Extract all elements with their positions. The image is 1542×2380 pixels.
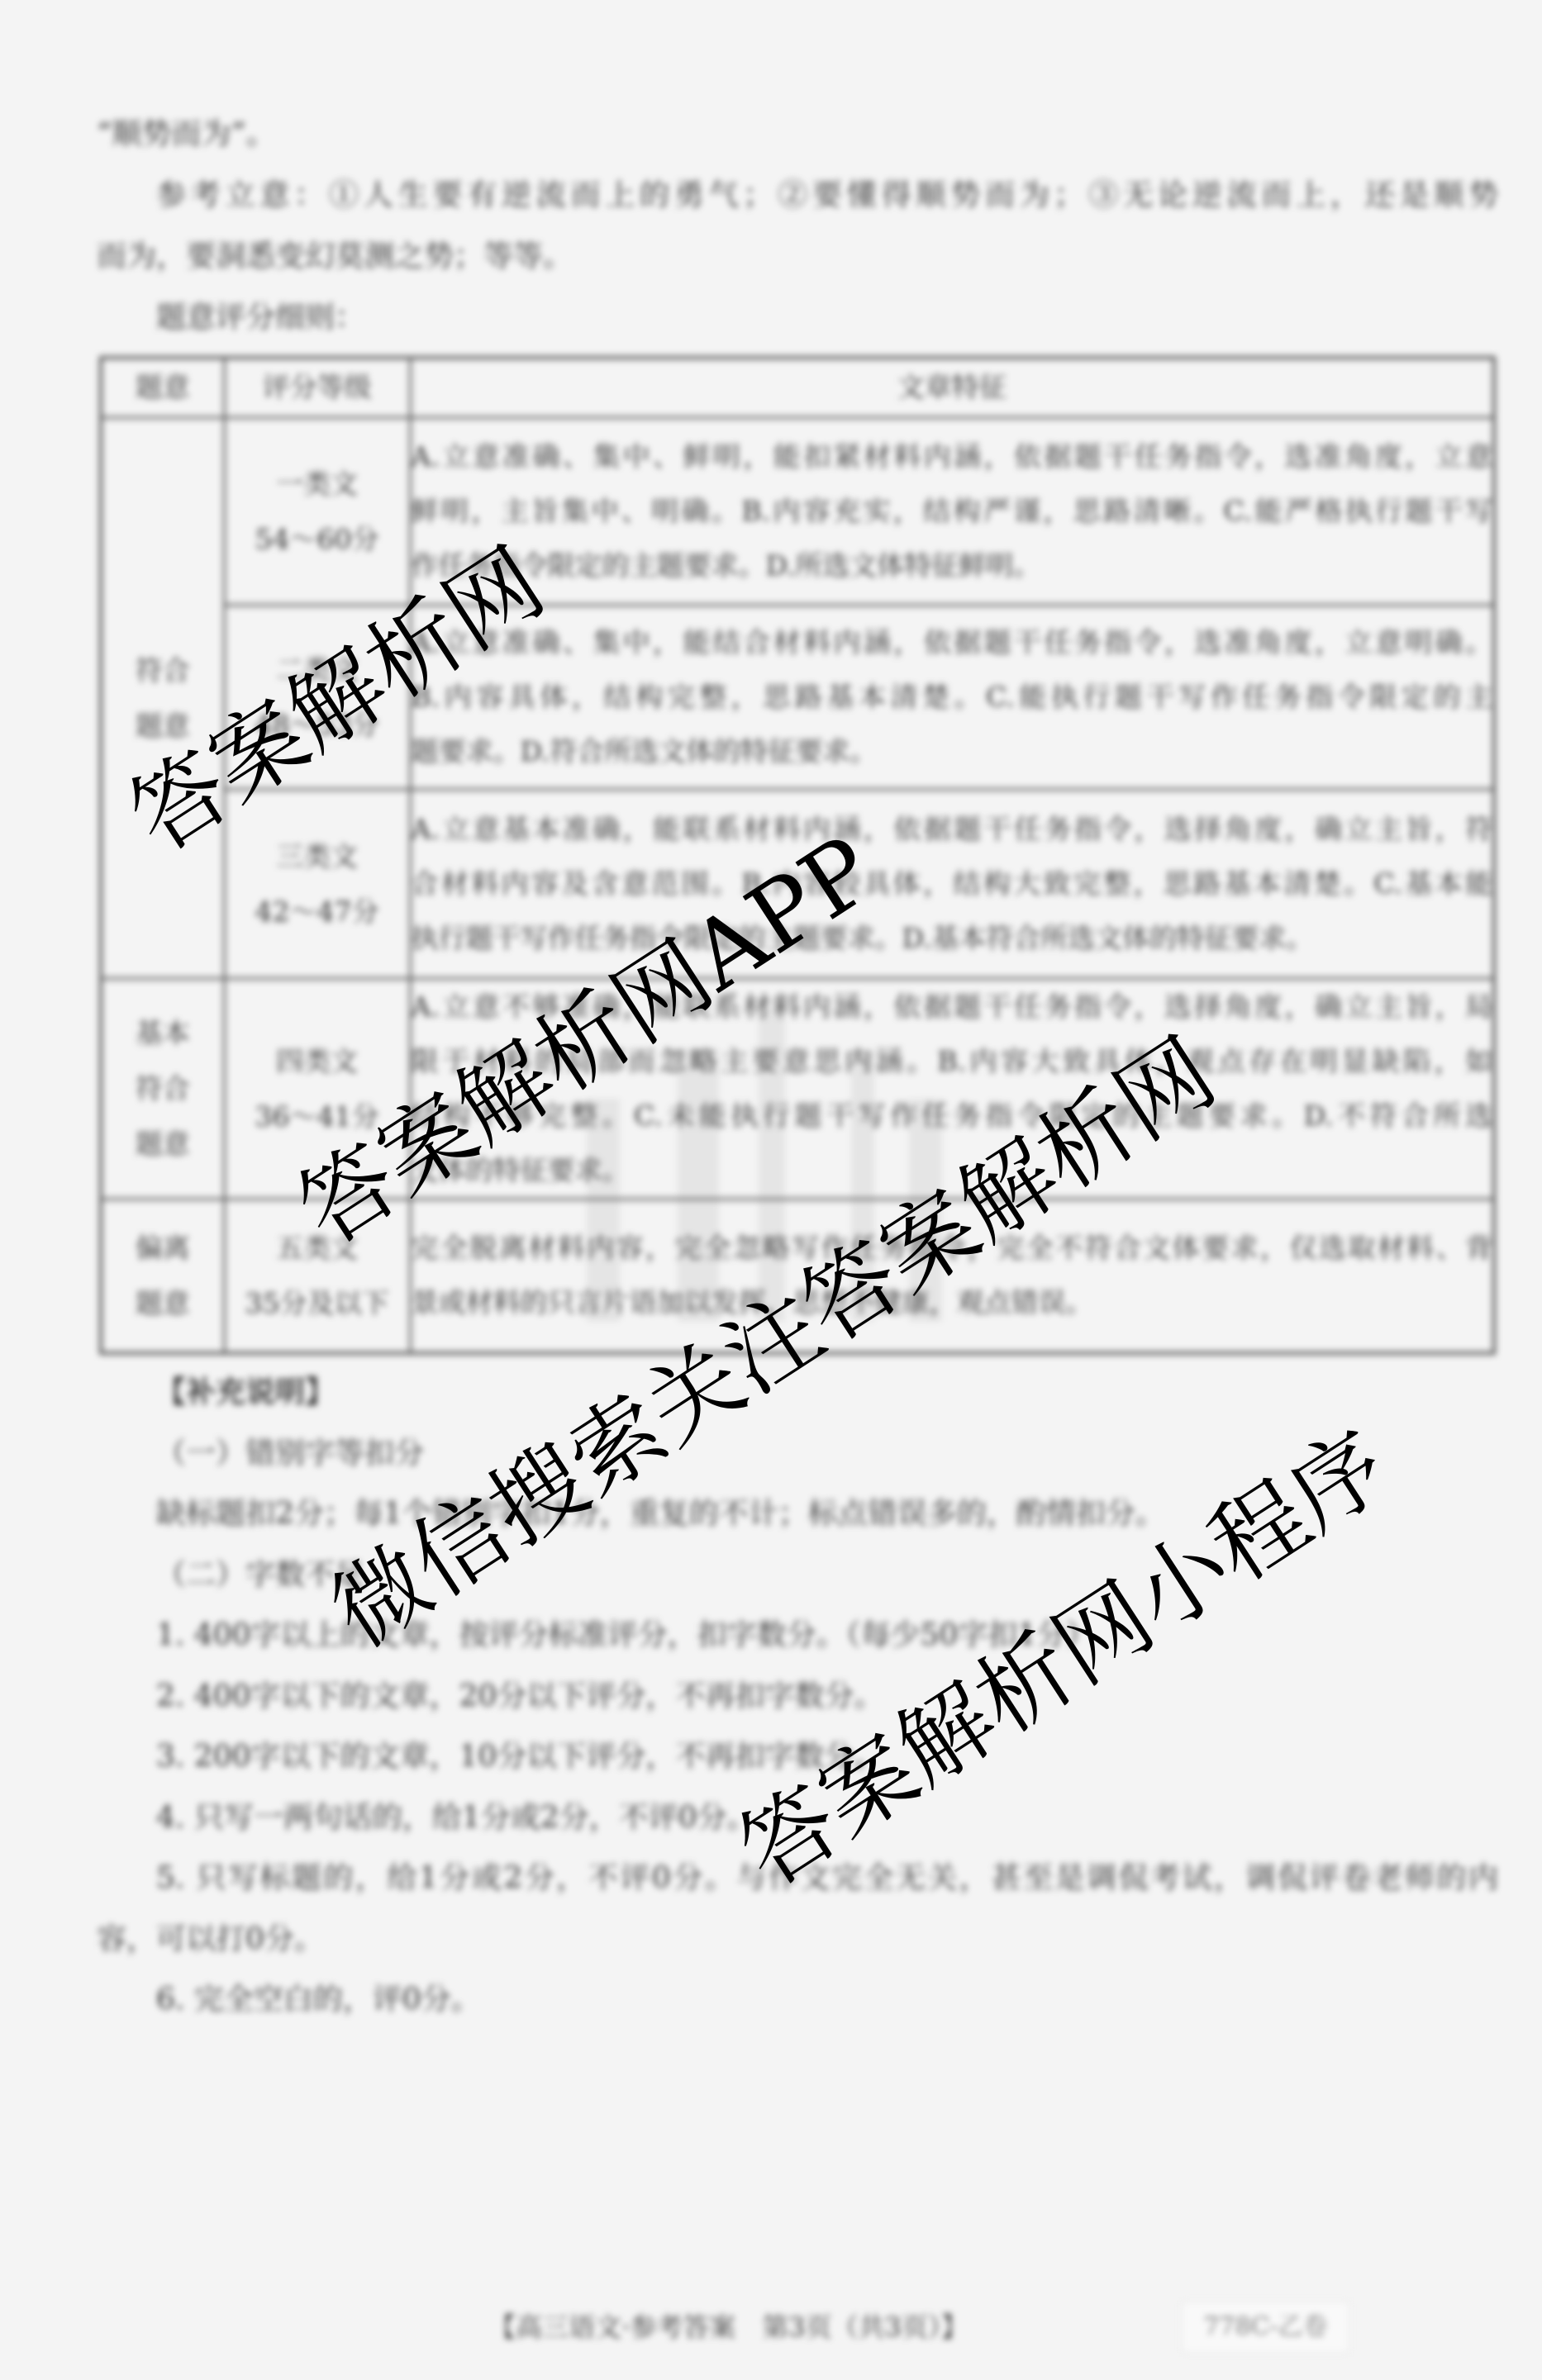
feature-line: A.立意准确、集中、鲜明，能扣紧材料内涵，依据题干任务指令，选准角度，立意 (412, 430, 1493, 484)
features-cell: A.立意基本准确，能联系材料内涵，依据题干任务指令，选择角度，确立主旨，符 合材… (410, 789, 1494, 978)
paper-code-badge: 778C-乙卷 (1182, 2302, 1349, 2353)
grade-score: 42～47分 (226, 884, 409, 939)
supplement-line: 6. 完全空白的，评0分。 (97, 1969, 1498, 2031)
feature-line: 鲜明，主旨集中、明确。B.内容充实，结构严谨，思路清晰。C.能严格执行题干写 (412, 484, 1493, 539)
category-cell: 基本 符合 题意 (101, 978, 224, 1199)
table-row: 符合 题意 一类文 54～60分 A.立意准确、集中、鲜明，能扣紧材料内涵，依据… (101, 417, 1494, 605)
feature-line: B.内容具体，结构完整，思路基本清楚。C.能执行题干写作任务指令限定的主 (412, 670, 1493, 724)
intro-line: “顺势而为”。 (97, 104, 1498, 165)
features-cell: A.立意准确、集中，能结合材料内涵，依据题干任务指令，选准角度，立意明确。 B.… (410, 605, 1494, 789)
intro-line: 而为，要洞悉变幻莫测之势；等等。 (97, 226, 1498, 287)
intro-heading: 题意评分细则： (97, 287, 1498, 349)
category-label-line: 符合 (102, 1061, 223, 1116)
grade-cell: 一类文 54～60分 (224, 417, 410, 605)
features-cell: A.立意准确、集中、鲜明，能扣紧材料内涵，依据题干任务指令，选准角度，立意 鲜明… (410, 417, 1494, 605)
supplement-line: 2. 400字以下的文章，20分以下评分，不再扣字数分。 (97, 1666, 1498, 1727)
category-label-line: 基本 (102, 1005, 223, 1061)
grade-score: 54～60分 (226, 511, 409, 567)
category-label-line: 符合 (102, 643, 223, 698)
grade-name: 四类文 (226, 1033, 409, 1089)
table-header-row: 题意 评分等级 文章特征 (101, 358, 1494, 417)
feature-line: A.立意基本准确，能联系材料内涵，依据题干任务指令，选择角度，确立主旨，符 (412, 802, 1493, 857)
supplement-line: 1. 400字以上的文章，按评分标准评分，扣字数分。（每少50字扣1分） (97, 1605, 1498, 1666)
intro-line: 参考立意：①人生要有逆流而上的勇气；②要懂得顺势而为；③无论逆流而上，还是顺势 (97, 165, 1498, 226)
feature-line: 合材料内容及含意范围。B.内容较具体，结构大致完整，思路基本清楚。C.基本能 (412, 857, 1493, 911)
intro-section: “顺势而为”。 参考立意：①人生要有逆流而上的勇气；②要懂得顺势而为；③无论逆流… (97, 104, 1498, 349)
category-cell: 偏离 题意 (101, 1199, 224, 1353)
feature-line: A.立意准确、集中，能结合材料内涵，依据题干任务指令，选准角度，立意明确。 (412, 615, 1493, 670)
grade-score: 35分及以下 (226, 1276, 409, 1331)
supplement-line: 容，可以打0分。 (97, 1909, 1498, 1970)
category-label-line: 题意 (102, 1276, 223, 1331)
header-features: 文章特征 (410, 358, 1494, 417)
category-label-line: 题意 (102, 1116, 223, 1171)
header-topic: 题意 (101, 358, 224, 417)
page-footer-label: 【高三语文·参考答案 第3页（共3页）】 (489, 2306, 968, 2348)
header-grade: 评分等级 (224, 358, 410, 417)
grade-name: 一类文 (226, 456, 409, 511)
feature-line: 作任务指令限定的主题要求。D.所选文体特征鲜明。 (412, 539, 1493, 593)
category-label-line: 偏离 (102, 1220, 223, 1276)
document-page: “顺势而为”。 参考立意：①人生要有逆流而上的勇气；②要懂得顺势而为；③无论逆流… (0, 0, 1542, 2380)
feature-line: 题要求。D.符合所选文体的特征要求。 (412, 724, 1493, 779)
category-cell: 符合 题意 (101, 417, 224, 978)
feature-line: 执行题干写作任务指令限定的主题要求。D.基本符合所选文体的特征要求。 (412, 911, 1493, 966)
grade-name: 三类文 (226, 829, 409, 884)
